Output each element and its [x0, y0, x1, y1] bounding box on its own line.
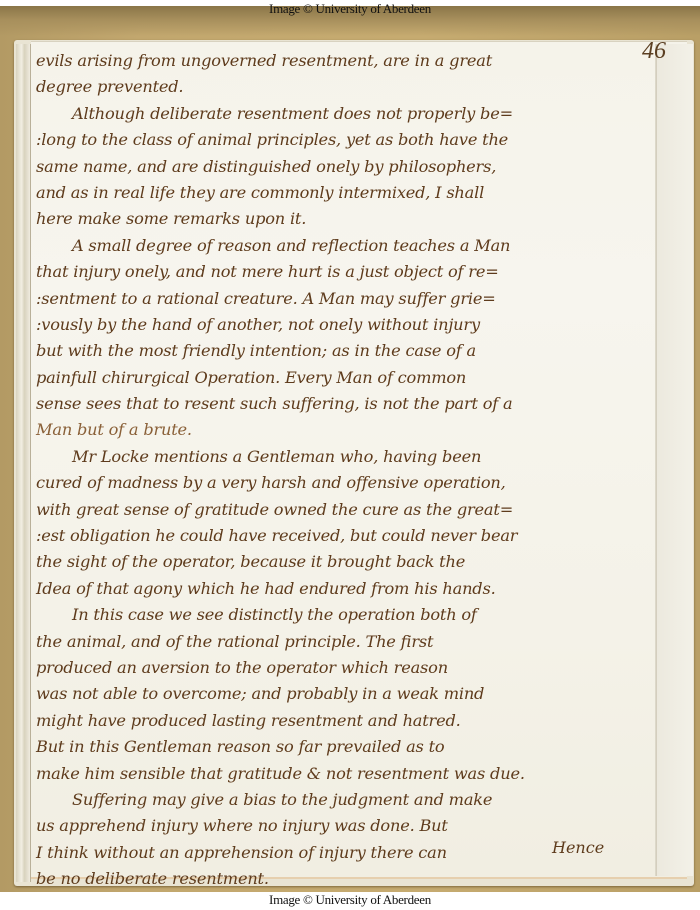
- catchword: Hence: [552, 838, 604, 857]
- manuscript-line: evils arising from ungoverned resentment…: [36, 48, 636, 74]
- manuscript-text: evils arising from ungoverned resentment…: [36, 48, 636, 893]
- page-edges-left: [16, 44, 31, 882]
- manuscript-line: and as in real life they are commonly in…: [36, 180, 636, 206]
- manuscript-line: But in this Gentleman reason so far prev…: [36, 734, 636, 760]
- manuscript-line: Although deliberate resentment does not …: [36, 101, 636, 127]
- manuscript-line: produced an aversion to the operator whi…: [36, 655, 636, 681]
- manuscript-line: make him sensible that gratitude & not r…: [36, 761, 636, 787]
- manuscript-line: :sentment to a rational creature. A Man …: [36, 286, 636, 312]
- manuscript-line: cured of madness by a very harsh and off…: [36, 470, 636, 496]
- copyright-caption-top: Image © University of Aberdeen: [0, 2, 700, 16]
- manuscript-line: Idea of that agony which he had endured …: [36, 576, 636, 602]
- manuscript-line: :est obligation he could have received, …: [36, 523, 636, 549]
- manuscript-line: but with the most friendly intention; as…: [36, 338, 636, 364]
- manuscript-line: might have produced lasting resentment a…: [36, 708, 636, 734]
- manuscript-line: Mr Locke mentions a Gentleman who, havin…: [36, 444, 636, 470]
- manuscript-line: Suffering may give a bias to the judgmen…: [36, 787, 636, 813]
- page-margin-right: [657, 44, 693, 876]
- manuscript-line: I think without an apprehension of injur…: [36, 840, 636, 866]
- manuscript-line: Man but of a brute.: [36, 417, 636, 443]
- manuscript-line: sense sees that to resent such suffering…: [36, 391, 636, 417]
- manuscript-line: with great sense of gratitude owned the …: [36, 497, 636, 523]
- manuscript-line: us apprehend injury where no injury was …: [36, 813, 636, 839]
- manuscript-line: was not able to overcome; and probably i…: [36, 681, 636, 707]
- manuscript-line: same name, and are distinguished onely b…: [36, 154, 636, 180]
- manuscript-line: be no deliberate resentment.: [36, 866, 636, 892]
- manuscript-line: :long to the class of animal principles,…: [36, 127, 636, 153]
- manuscript-line: the animal, and of the rational principl…: [36, 629, 636, 655]
- manuscript-line: the sight of the operator, because it br…: [36, 549, 636, 575]
- manuscript-line: painfull chirurgical Operation. Every Ma…: [36, 365, 636, 391]
- manuscript-line: here make some remarks upon it.: [36, 206, 636, 232]
- manuscript-line: A small degree of reason and reflection …: [36, 233, 636, 259]
- manuscript-line: In this case we see distinctly the opera…: [36, 602, 636, 628]
- copyright-caption-bottom: Image © University of Aberdeen: [0, 893, 700, 907]
- page-number: 46: [642, 38, 666, 65]
- manuscript-line: degree prevented.: [36, 74, 636, 100]
- manuscript-line: that injury onely, and not mere hurt is …: [36, 259, 636, 285]
- manuscript-line: :vously by the hand of another, not onel…: [36, 312, 636, 338]
